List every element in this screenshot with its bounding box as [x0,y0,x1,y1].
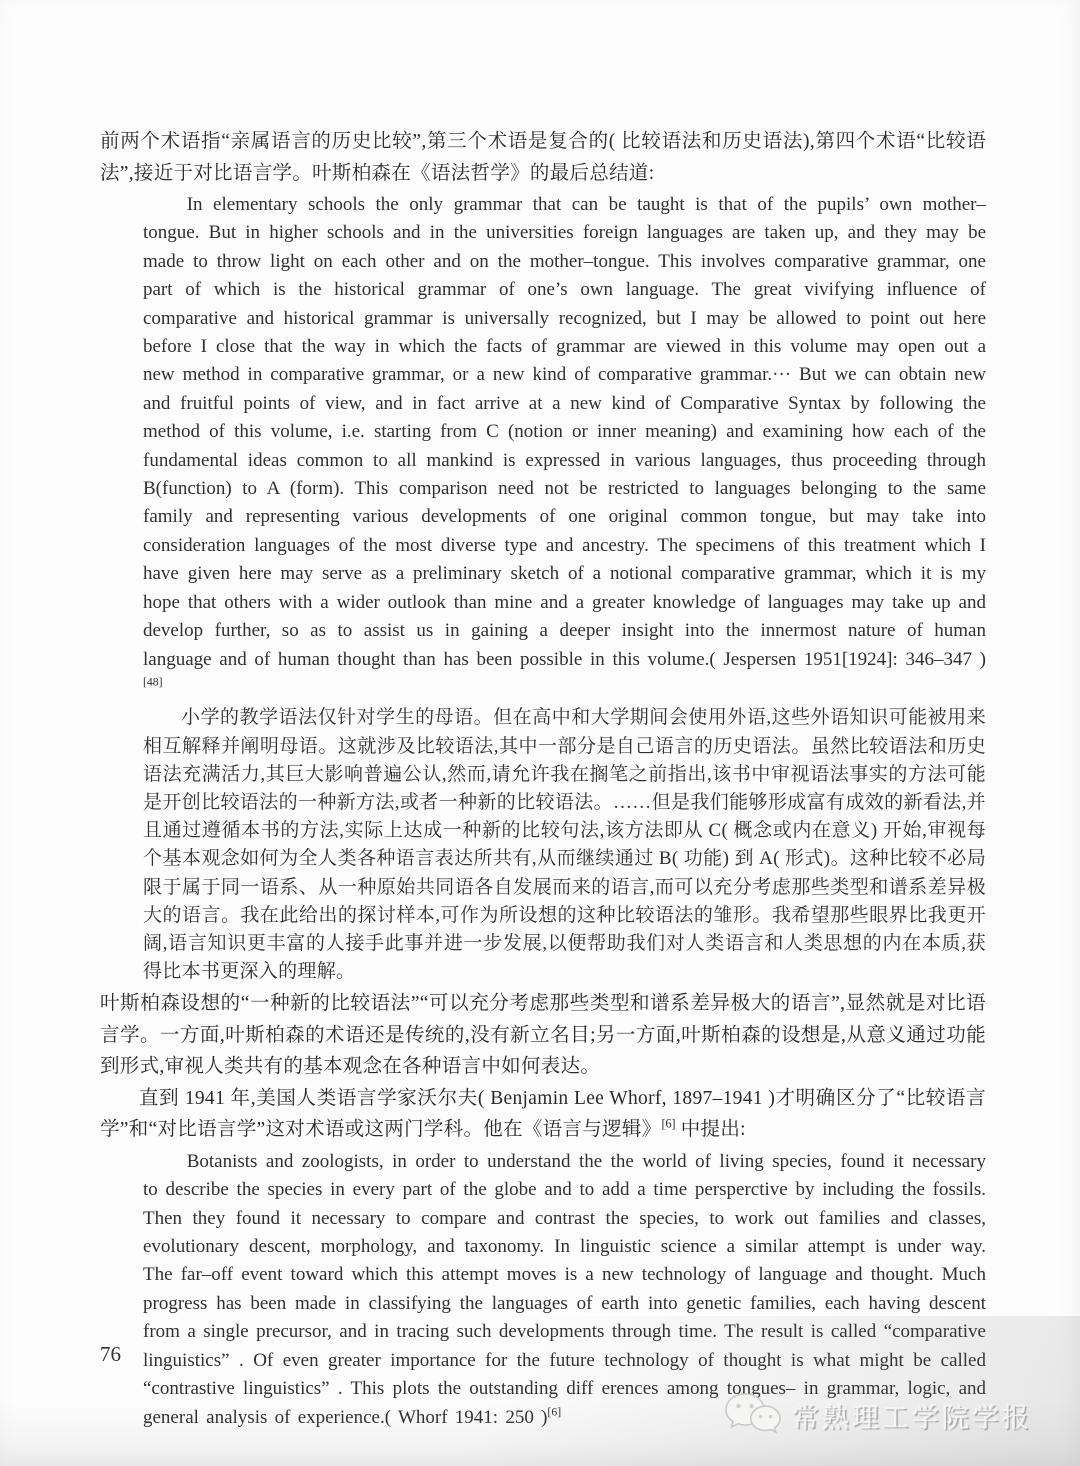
page-number: 76 [100,1342,121,1367]
whorf-intro-text-after: 中提出: [676,1119,746,1140]
citation-superscript-6: [6] [547,1405,561,1418]
quote-text: In elementary schools the only grammar t… [143,194,986,670]
document-page: 前两个术语指“亲属语言的历史比较”,第三个术语是复合的( 比较语法和历史语法),… [0,0,1080,1466]
analysis-paragraph: 叶斯柏森设想的“一种新的比较语法”“可以充分考虑那些类型和谱系差异极大的语言”,… [100,988,986,1083]
whorf-quote-english: Botanists and zoologists, in order to un… [143,1148,986,1432]
page-content: 前两个术语指“亲属语言的历史比较”,第三个术语是复合的( 比较语法和历史语法),… [100,126,986,1434]
citation-superscript-6: [6] [661,1117,675,1131]
wechat-logo-icon [724,1392,782,1438]
whorf-intro-text: 直到 1941 年,美国人类语言学家沃尔夫( Benjamin Lee Whor… [100,1088,986,1141]
jespersen-quote-english: In elementary schools the only grammar t… [143,191,986,702]
intro-text: 前两个术语指“亲属语言的历史比较”,第三个术语是复合的( 比较语法和历史语法),… [100,131,986,184]
citation-superscript-48: [48] [143,676,163,689]
quote-text: 小学的教学语法仅针对学生的母语。但在高中和大学期间会使用外语,这些外语知识可能被… [143,707,986,982]
analysis-text: 叶斯柏森设想的“一种新的比较语法”“可以充分考虑那些类型和谱系差异极大的语言”,… [100,993,986,1077]
jespersen-quote-chinese-translation: 小学的教学语法仅针对学生的母语。但在高中和大学期间会使用外语,这些外语知识可能被… [143,704,986,986]
whorf-intro-paragraph: 直到 1941 年,美国人类语言学家沃尔夫( Benjamin Lee Whor… [100,1083,986,1146]
intro-paragraph: 前两个术语指“亲属语言的历史比较”,第三个术语是复合的( 比较语法和历史语法),… [100,126,986,189]
watermark-text: 常熟理工学院学报 [792,1396,1032,1435]
quote-text: Botanists and zoologists, in order to un… [143,1151,986,1428]
journal-watermark: 常熟理工学院学报 [724,1392,1032,1438]
